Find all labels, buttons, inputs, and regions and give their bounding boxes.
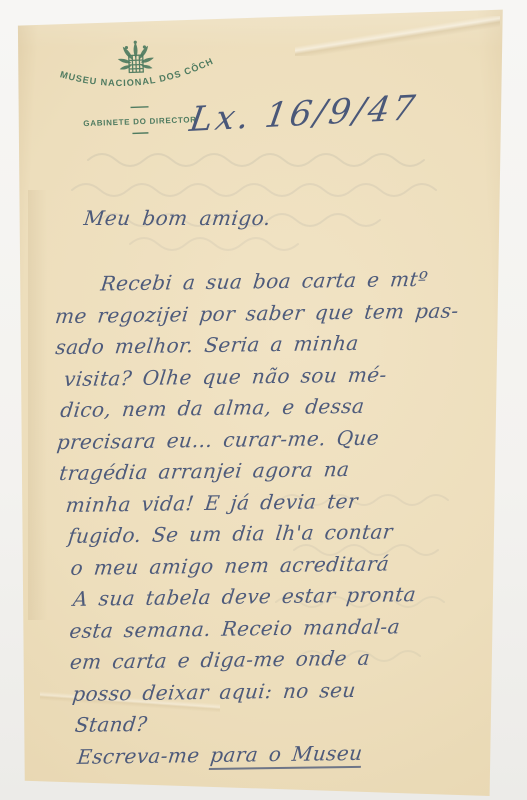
ink-show-through bbox=[70, 138, 490, 258]
paper-crease bbox=[28, 190, 54, 620]
paper-crease bbox=[295, 16, 500, 56]
closing-prefix: Escreva-me bbox=[76, 742, 212, 768]
office-title: GABINETE DO DIRECTOR bbox=[83, 115, 197, 128]
divider-dash-bottom bbox=[132, 133, 148, 134]
letter-body: Recebi a sua boa carta e mtº me regozije… bbox=[55, 263, 502, 773]
museum-name-text: MUSEU NACIONAL DOS CÔCHES bbox=[52, 37, 216, 91]
letter-line: Recebi a sua boa carta e mtº bbox=[99, 263, 496, 300]
letter-line: Stand? bbox=[73, 704, 502, 741]
letter-paper: MUSEU NACIONAL DOS CÔCHES GABINETE DO DI… bbox=[0, 0, 527, 800]
greeting-line: Meu bom amigo. bbox=[83, 206, 273, 230]
museum-crest-icon bbox=[117, 40, 155, 73]
photograph-background: MUSEU NACIONAL DOS CÔCHES GABINETE DO DI… bbox=[0, 0, 527, 800]
divider-dash-top bbox=[131, 107, 149, 108]
closing-line: Escreva-me para o Museu bbox=[76, 735, 503, 772]
letter-line: A sua tabela deve estar pronta bbox=[71, 578, 500, 615]
closing-underlined: para o Museu bbox=[209, 740, 364, 769]
